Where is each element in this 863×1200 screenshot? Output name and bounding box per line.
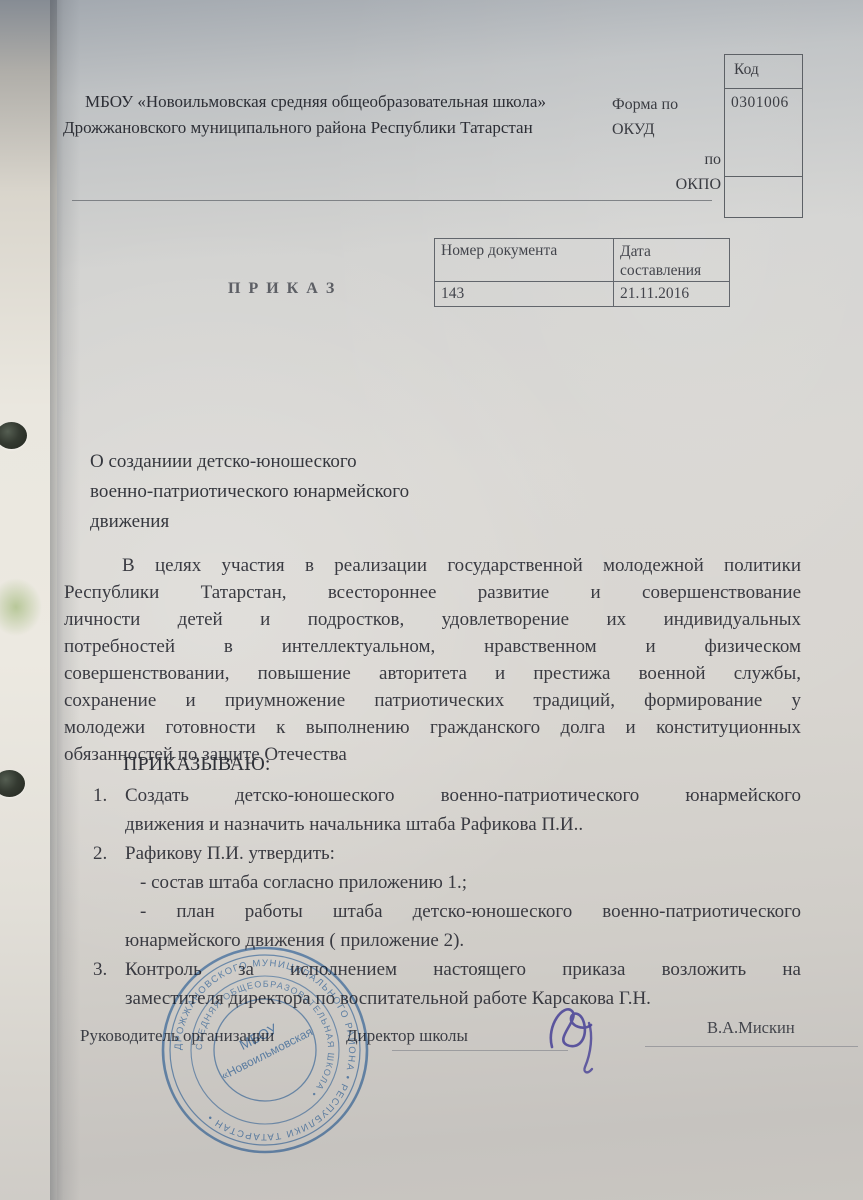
item-1-continuation: движения и назначить начальника штаба Ра… [125, 810, 801, 839]
signatory-name: В.А.Мискин [707, 1018, 795, 1038]
subject-line: движения [90, 507, 409, 537]
org-name-line1: МБОУ «Новоильмовская средняя общеобразов… [85, 92, 546, 112]
preamble-line: сохранение и приумножение патриотических… [64, 687, 801, 714]
item-number: 2. [93, 839, 125, 868]
preamble-line: молодежи готовности к выполнению граждан… [64, 714, 801, 741]
preamble-line: потребностей в интеллектуальном, нравств… [64, 633, 801, 660]
handwritten-signature [540, 995, 610, 1080]
item-2-sub-1: - состав штаба согласно приложению 1.; [140, 868, 801, 897]
doc-number-value: 143 [435, 282, 613, 306]
item-text: Создать детско-юношеского военно-патриот… [125, 781, 801, 810]
org-name-line2: Дрожжановского муниципального района Рес… [63, 118, 533, 138]
item-2-sub-2: - план работы штаба детско-юношеского во… [140, 897, 801, 926]
list-item-2: 2. Рафикову П.И. утвердить: [93, 839, 801, 868]
doc-number-header: Номер документа [435, 239, 613, 282]
scanned-order-page: МБОУ «Новоильмовская средняя общеобразов… [0, 0, 863, 1200]
item-number: 1. [93, 781, 125, 810]
item-number: 3. [93, 955, 125, 984]
list-item-1: 1. Создать детско-юношеского военно-патр… [93, 781, 801, 810]
form-code-labels: Форма по ОКУД по ОКПО [612, 92, 725, 197]
order-subject: О созданиии детско-юношеского военно-пат… [90, 447, 409, 537]
preamble-line: В целях участия в реализации государстве… [64, 552, 801, 579]
form-label-forma-po: Форма по [612, 92, 725, 117]
round-official-stamp: ДРОЖЖАНОВСКОГО МУНИЦИПАЛЬНОГО РАЙОНА • Р… [155, 940, 375, 1160]
okud-code-value: 0301006 [725, 89, 802, 177]
doc-number-date-table: Номер документа Дата составления 143 21.… [434, 238, 730, 307]
form-label-okud: ОКУД [612, 117, 725, 142]
code-box-header: Код [725, 55, 802, 89]
subject-line: О созданиии детско-юношеского [90, 447, 409, 477]
form-label-po: по [612, 147, 725, 172]
form-label-okpo: ОКПО [612, 172, 725, 197]
preamble-line: совершенствовании, повышение авторитета … [64, 660, 801, 687]
order-title: П Р И К А З [228, 280, 336, 298]
item-text: Рафикову П.И. утвердить: [125, 839, 801, 868]
doc-date-value: 21.11.2016 [613, 282, 729, 306]
preamble-line: Республики Татарстан, всестороннее разви… [64, 579, 801, 606]
subject-line: военно-патриотического юнармейского [90, 477, 409, 507]
signature-line-right [645, 1046, 858, 1047]
order-preamble: В целях участия в реализации государстве… [64, 552, 801, 768]
header-rule [72, 200, 712, 201]
doc-date-header: Дата составления [613, 239, 729, 282]
preamble-line: личности детей и подростков, удовлетворе… [64, 606, 801, 633]
resolve-word: ПРИКАЗЫВАЮ: [123, 753, 270, 776]
code-box: Код 0301006 [724, 54, 803, 218]
